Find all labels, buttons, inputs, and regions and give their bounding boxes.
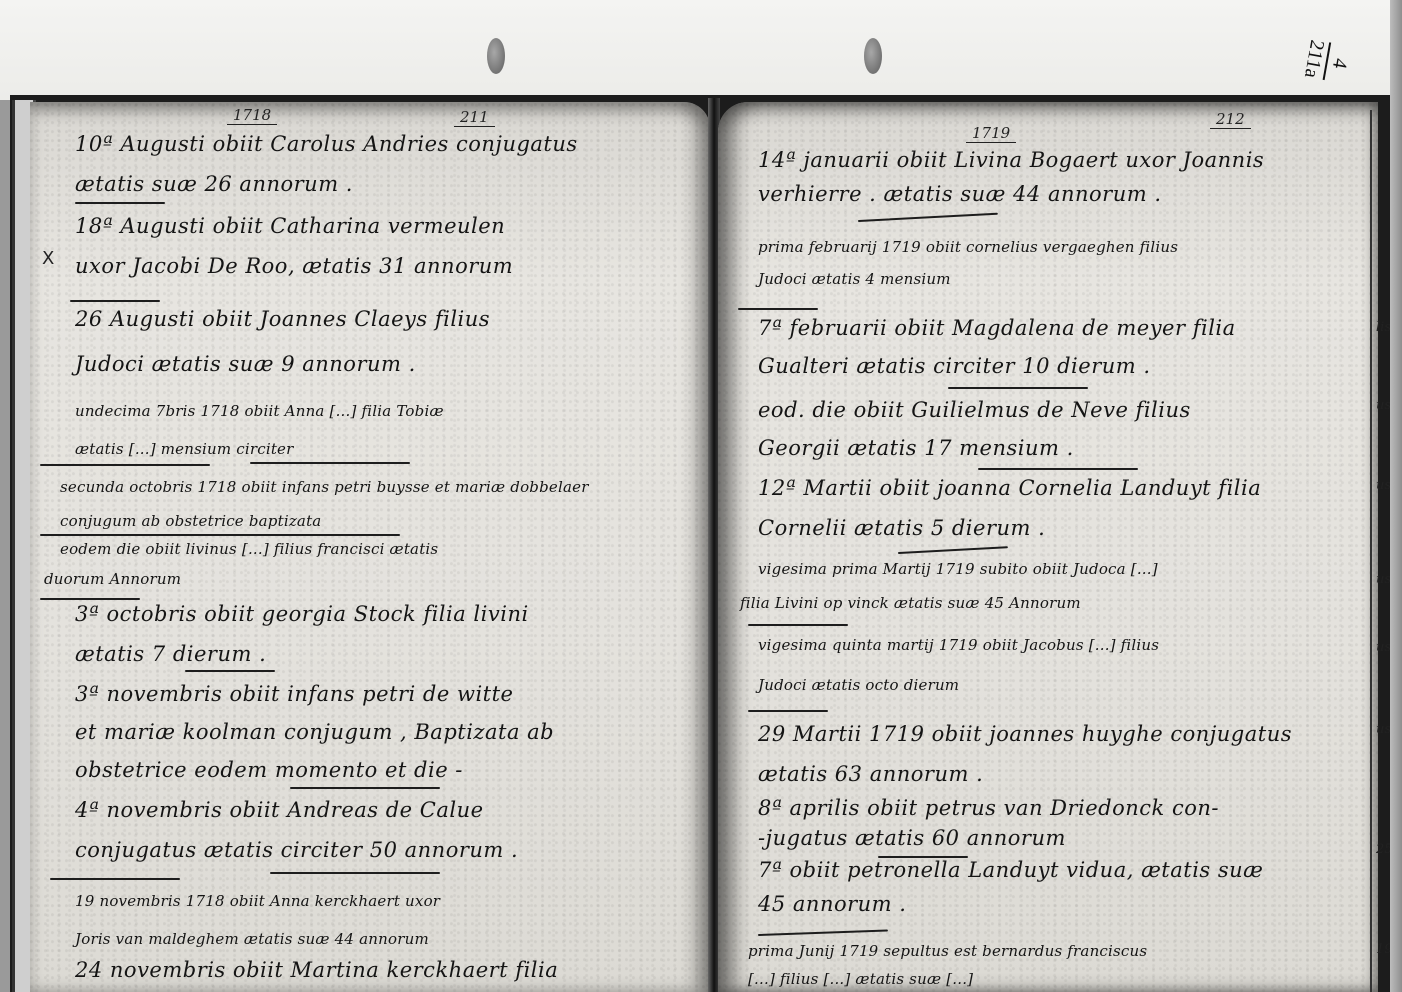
entry-line: Judoci ætatis octo dierum	[758, 676, 959, 694]
entry-line: obstetrice eodem momento et die -	[75, 758, 463, 782]
entry-line: 18ª Augusti obiit Catharina vermeulen	[75, 214, 505, 238]
entry-separator	[40, 598, 140, 600]
entry-separator	[858, 213, 998, 222]
punch-hole-left	[487, 38, 505, 74]
annotation-numerator: 4	[1329, 57, 1350, 70]
entry-line: 3ª novembris obiit infans petri de witte	[75, 682, 513, 706]
entry-line: 10ª Augusti obiit Carolus Andries conjug…	[75, 132, 578, 156]
entry-line: conjugum ab obstetrice baptizata	[60, 512, 321, 530]
entry-line: ætatis [...] mensium circiter	[75, 440, 294, 458]
entry-line: Georgii ætatis 17 mensium .	[758, 436, 1074, 460]
archive-annotation: 4 211a	[1285, 25, 1355, 95]
entry-line: -jugatus ætatis 60 annorum	[758, 826, 1066, 850]
entry-separator	[250, 462, 410, 464]
entry-separator	[748, 624, 848, 626]
margin-note: us	[1376, 722, 1391, 737]
left-page-folio-number: 211	[454, 108, 495, 127]
entry-line: ætatis suæ 26 annorum .	[75, 172, 353, 196]
entry-separator	[748, 710, 828, 712]
entry-line: Judoci ætatis 4 mensium	[758, 270, 951, 288]
entry-line: 14ª januarii obiit Livina Bogaert uxor J…	[758, 148, 1264, 172]
right-margin-rule	[1370, 110, 1372, 992]
entry-separator	[758, 929, 888, 936]
margin-note: us	[1376, 640, 1391, 655]
entry-line: secunda octobris 1718 obiit infans petri…	[60, 478, 589, 496]
entry-line: 7ª februarii obiit Magdalena de meyer fi…	[758, 316, 1236, 340]
scan-mount-strip	[0, 0, 1390, 100]
entry-line: ætatis 63 annorum .	[758, 762, 983, 786]
left-page: 1718 211 10ª Augusti obiit Carolus Andri…	[30, 102, 710, 992]
margin-note: lis	[1376, 320, 1391, 335]
right-page-year: 1719	[966, 124, 1016, 143]
entry-separator	[40, 464, 210, 466]
entry-separator	[185, 670, 275, 672]
entry-line: filia Livini op vinck ætatis suæ 45 Anno…	[740, 594, 1081, 612]
entry-separator	[948, 387, 1088, 389]
entry-line: duorum Annorum	[44, 570, 181, 588]
entry-line: 45 annorum .	[758, 892, 906, 916]
margin-x-mark: X	[42, 248, 54, 269]
left-page-year: 1718	[227, 106, 277, 125]
entry-line: 4ª novembris obiit Andreas de Calue	[75, 798, 484, 822]
right-page-folio-number: 212	[1210, 110, 1251, 129]
right-page: 1719 212 14ª januarii obiit Livina Bogae…	[718, 102, 1378, 992]
entry-line: 12ª Martii obiit joanna Cornelia Landuyt…	[758, 476, 1261, 500]
entry-line: eod. die obiit Guilielmus de Neve filius	[758, 398, 1191, 422]
entry-separator	[898, 546, 1008, 554]
entry-line: et mariæ koolman conjugum , Baptizata ab	[75, 720, 554, 744]
entry-separator	[978, 468, 1138, 470]
entry-line: vigesima prima Martij 1719 subito obiit …	[758, 560, 1158, 578]
margin-note: us	[1376, 398, 1391, 413]
entry-separator	[290, 787, 440, 789]
margin-note: us	[1376, 572, 1391, 587]
margin-note: us	[1376, 478, 1391, 493]
entry-separator	[70, 300, 160, 302]
punch-hole-right	[864, 38, 882, 74]
entry-line: 29 Martii 1719 obiit joannes huyghe conj…	[758, 722, 1292, 746]
entry-line: vigesima quinta martij 1719 obiit Jacobu…	[758, 636, 1159, 654]
entry-line: conjugatus ætatis circiter 50 annorum .	[75, 838, 518, 862]
entry-line: eodem die obiit livinus [...] filius fra…	[60, 540, 438, 558]
entry-line: Gualteri ætatis circiter 10 dierum .	[758, 354, 1151, 378]
entry-separator	[270, 872, 440, 874]
scanner-edge	[1390, 0, 1402, 992]
entry-line: [...] filius [...] ætatis suæ [...]	[748, 970, 973, 988]
entry-line: prima februarij 1719 obiit cornelius ver…	[758, 238, 1178, 256]
entry-line: undecima 7bris 1718 obiit Anna [...] fil…	[75, 402, 444, 420]
entry-line: 8ª aprilis obiit petrus van Driedonck co…	[758, 796, 1219, 820]
entry-line: 19 novembris 1718 obiit Anna kerckhaert …	[75, 892, 440, 910]
entry-line: Judoci ætatis suæ 9 annorum .	[75, 352, 416, 376]
entry-line: verhierre . ætatis suæ 44 annorum .	[758, 182, 1162, 206]
entry-line: 24 novembris obiit Martina kerckhaert fi…	[75, 958, 558, 982]
entry-separator	[75, 202, 165, 204]
entry-separator	[738, 308, 818, 310]
entry-separator	[40, 534, 400, 536]
entry-line: ætatis 7 dierum .	[75, 642, 266, 666]
entry-line: uxor Jacobi De Roo, ætatis 31 annorum	[75, 254, 513, 278]
entry-line: 3ª octobris obiit georgia Stock filia li…	[75, 602, 529, 626]
entry-line: Cornelii ætatis 5 dierum .	[758, 516, 1045, 540]
entry-line: 26 Augusti obiit Joannes Claeys filius	[75, 307, 490, 331]
entry-separator	[50, 878, 180, 880]
entry-line: prima Junij 1719 sepultus est bernardus …	[748, 942, 1147, 960]
entry-line: 7ª obiit petronella Landuyt vidua, ætati…	[758, 858, 1263, 882]
entry-line: Joris van maldeghem ætatis suæ 44 annoru…	[75, 930, 429, 948]
